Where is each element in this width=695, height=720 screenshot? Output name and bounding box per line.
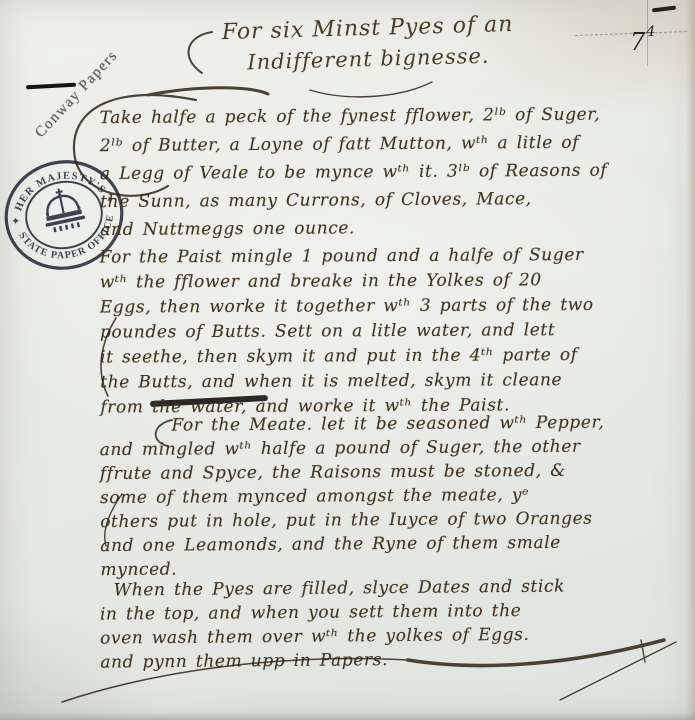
paragraph-meate: For the Meate. let it be seasoned wᵗʰ Pe… — [99, 410, 692, 582]
manuscript-line: For the Paist mingle 1 pound and a halfe… — [100, 242, 692, 270]
manuscript-line: and pynn them upp in Papers. — [100, 645, 692, 674]
manuscript-line: 2ˡᵇ of Butter, a Loyne of fatt Mutton, w… — [100, 128, 692, 160]
folio-number: 74 — [630, 24, 655, 56]
paper-bottom-edge — [0, 712, 695, 720]
paragraph-finishing: When the Pyes are filled, slyce Dates an… — [100, 573, 693, 674]
paragraph-ingredients: Take halfe a peck of the fynest fflower,… — [100, 100, 693, 244]
manuscript-line: For the Meate. let it be seasoned wᵗʰ Pe… — [99, 410, 691, 438]
manuscript-line: a Legg of Veale to be mynce wᵗʰ it. 3ˡᵇ … — [100, 156, 692, 188]
folio-number-superscript: 4 — [646, 24, 655, 40]
manuscript-line: the Sunn, as many Currons, of Cloves, Ma… — [100, 184, 692, 216]
title-underline-flourish — [310, 82, 432, 97]
recipe-title-line1: For six Minst Pyes of an — [167, 10, 568, 46]
crown-icon — [39, 184, 87, 233]
manuscript-line: it seethe, then skym it and put in the 4… — [100, 342, 692, 370]
manuscript-line: the Butts, and when it is melted, skym i… — [100, 367, 692, 395]
manuscript-line: Take halfe a peck of the fynest fflower,… — [100, 100, 692, 132]
ink-mark-top-right — [652, 6, 676, 13]
manuscript-line: Eggs, then worke it together wᵗʰ 3 parts… — [100, 292, 692, 320]
folio-number-main: 7 — [630, 28, 645, 56]
paragraph-paste: For the Paist mingle 1 pound and a halfe… — [100, 242, 693, 420]
manuscript-line: and Nuttmeggs one ounce. — [100, 212, 692, 244]
manuscript-line: poundes of Butts. Sett on a litle water,… — [100, 317, 692, 345]
ink-mark-left-margin — [26, 83, 76, 90]
recipe-title-line2: Indifferent bignesse. — [168, 41, 569, 76]
manuscript-line: wᵗʰ the fflower and breake in the Yolkes… — [100, 267, 692, 295]
manuscript-page: Conway Papers ✦ HER MAJESTY'S ✦ STATE PA… — [0, 0, 695, 720]
take-overline-flourish — [148, 88, 268, 95]
recipe-title: For six Minst Pyes of an Indifferent big… — [167, 10, 568, 76]
